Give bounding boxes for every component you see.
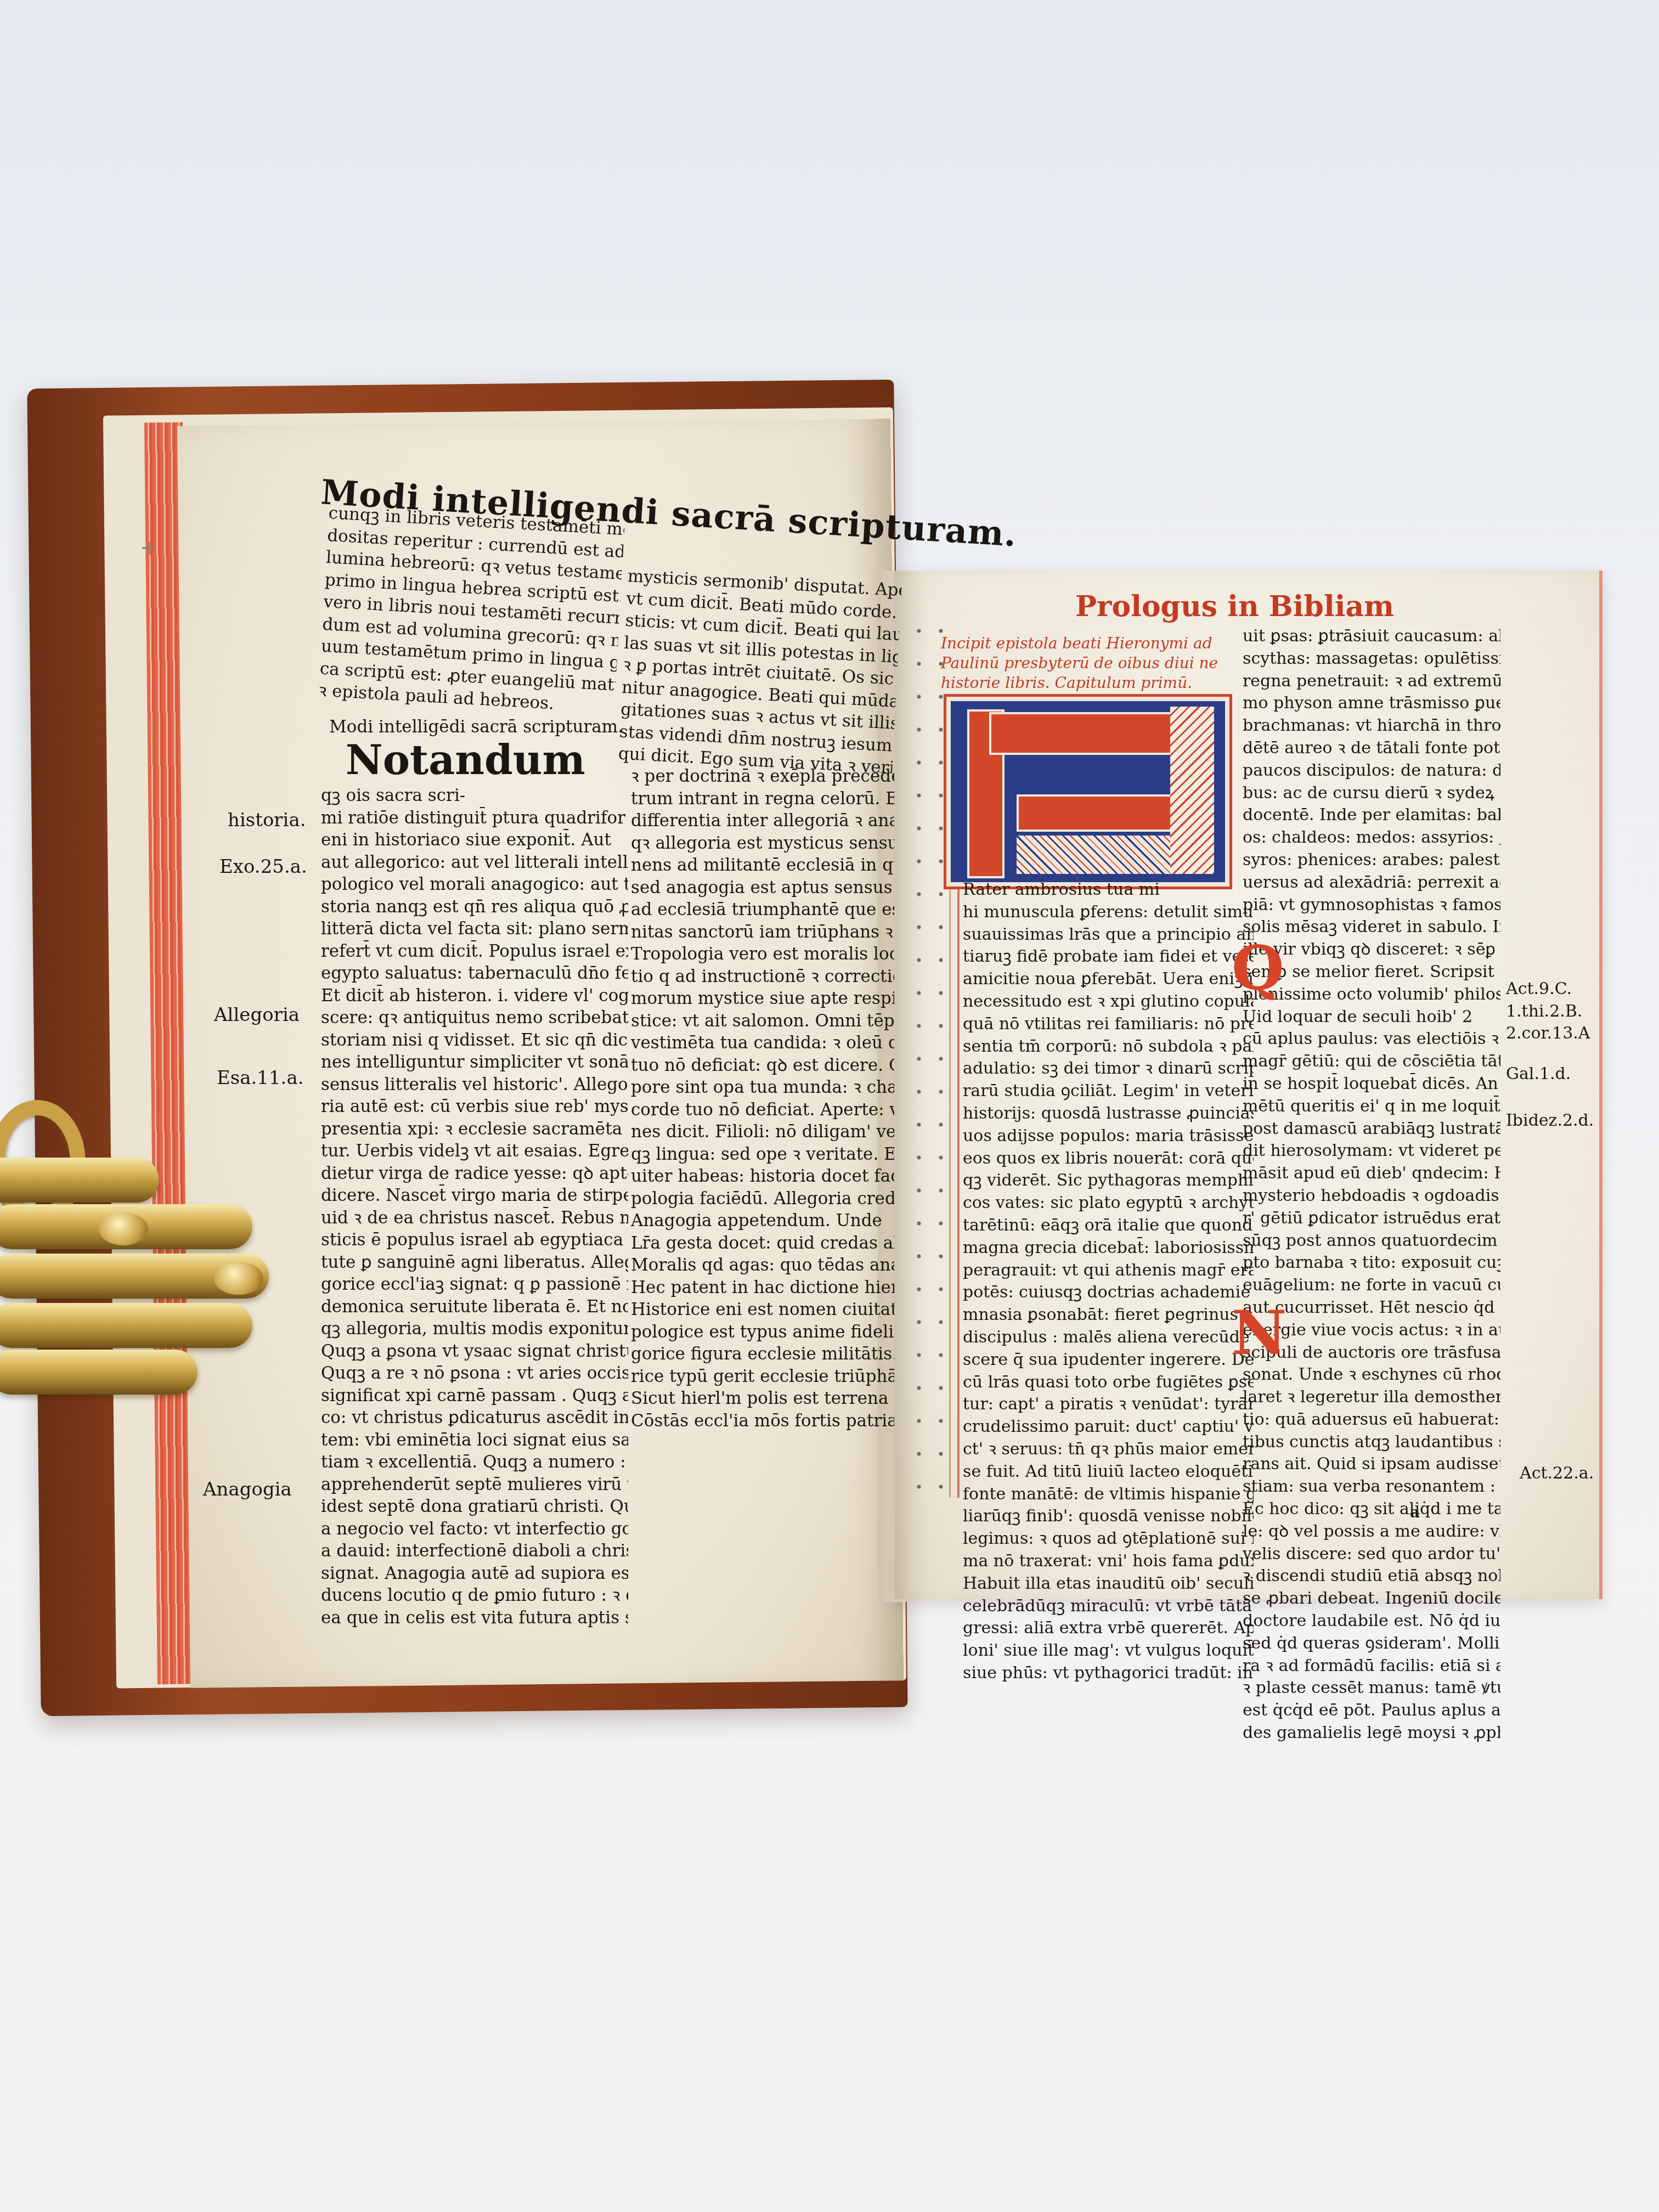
text-line: gorice eccl'iaꝫ signat: q ꝑ passionē xpi… xyxy=(321,1273,628,1296)
brass-finger xyxy=(0,1158,159,1203)
text-line: storia nanqꝫ est qn̄ res aliqua quō ꝓm xyxy=(321,896,628,918)
text-line: pto barnaba ꝛ tito: exposuit cuꝫ aplis xyxy=(1243,1252,1500,1274)
text-line: legimus: ꝛ quos ad ꝯtēplationē sui ro xyxy=(963,1528,1254,1550)
text-line: Lr̄a gesta docet: quid credas allegoria: xyxy=(631,1232,894,1255)
text-line: amicitie noua ꝑferebāt. Uera eniꝫ illa xyxy=(963,968,1254,991)
margin-ref-1-tim: 1.thi.2.B. xyxy=(1506,1002,1582,1021)
text-line: ꝛ plaste cessēt manus: tamē ꝟtute totū xyxy=(1243,1677,1500,1700)
text-line: brachmanas: vt hiarchā in throno se- xyxy=(1243,715,1500,737)
text-line: eni in historiaco siue exponit̄. Aut xyxy=(321,829,628,851)
text-line: qꝛ allegoria est mysticus sensus perti- xyxy=(631,832,894,855)
initial-bar xyxy=(989,712,1175,755)
text-line: aut allegorico: aut vel litterali intell… xyxy=(321,851,628,874)
text-line: nens ad militantē ecclesiā in qua sum': xyxy=(631,854,894,877)
text-line: tute ꝑ sanguinē agni liberatus. Allego xyxy=(321,1251,628,1274)
text-line: tio: quā aduersus eū habuerat: miran xyxy=(1243,1409,1500,1431)
text-line: magr̄ gētiū: qui de cōsciētia tāti xyxy=(1243,1051,1500,1073)
brass-finger xyxy=(0,1350,198,1395)
initial-filigree xyxy=(1017,836,1170,874)
text-line: Hec patent in hac dictione hierusalez. xyxy=(631,1277,894,1299)
text-line: os: chaldeos: medos: assyrios: ꝑthos : xyxy=(1243,827,1500,849)
text-line: tiaruꝫ fidē probate iam fidei et veteris xyxy=(963,946,1254,968)
brass-finger xyxy=(0,1303,252,1348)
text-line: mo physon amne trāsmisso ꝑuenit ad xyxy=(1243,692,1500,715)
text-line: qꝫ ois sacra scri- xyxy=(321,785,628,807)
text-line: potēs: cuiusqꝫ doctrias achademie gy- xyxy=(963,1282,1254,1304)
text-line: rans ait. Quid si ipsam audissetis be- xyxy=(1243,1453,1500,1476)
text-line: tuo nō deficiat: qꝺ est dicere. Omni tē- xyxy=(631,1054,894,1077)
text-line: des gamalielis legē moysi ꝛ ꝓphetas xyxy=(1243,1722,1500,1745)
text-line: tiam ꝛ excellentiā. Quqꝫ a numero : vt xyxy=(321,1451,628,1474)
text-line: docentē. Inde per elamitas: babyloni xyxy=(1243,804,1500,827)
text-line: qꝫ viderēt. Sic pythagoras memphiti xyxy=(963,1170,1254,1192)
brass-knuckle xyxy=(99,1212,148,1245)
text-line: necessitudo est ꝛ xpi glutino copulata xyxy=(963,991,1254,1013)
text-line: mnasia ꝑsonabāt: fieret ꝑegrinus atqꝫ xyxy=(963,1304,1254,1327)
text-line: tem: vbi eminētia loci signat eius sapiē xyxy=(321,1429,628,1452)
text-line: Et dicit̄ ab histeron. i. videre vl' cog… xyxy=(321,985,628,1007)
text-line: egypto saluatus: tabernaculū dn̄o fecit. xyxy=(321,962,628,985)
text-line: ma nō traxerat: vni' hois fama ꝑduxit xyxy=(963,1550,1254,1573)
text-line: Sicut hierl'm polis est terrena fidelis: xyxy=(631,1387,894,1410)
text-line: sticis ē populus israel ab egyptiaca ser xyxy=(321,1229,628,1251)
text-line: ria autē est: cū verbis siue reb' mystic… xyxy=(321,1096,628,1118)
margin-note-esaias: Esa.11.a. xyxy=(217,1067,304,1089)
text-line: cos vates: sic plato egyptū ꝛ archytam xyxy=(963,1192,1254,1215)
text-line: pore sint opa tua munda: ꝛ charitas de xyxy=(631,1076,894,1099)
text-line: māsit apud eū dieb' qndecim: Hoc.n. xyxy=(1243,1163,1500,1185)
prologue-title: Prologus in Bibliam xyxy=(1075,590,1394,623)
text-line: laret ꝛ legeretur illa demosthenis ora xyxy=(1243,1386,1500,1409)
text-line: storiam nisi q vidisset. Et sic qn̄ dict… xyxy=(321,1029,628,1052)
text-line: hi munuscula ꝑferens: detulit simul et xyxy=(963,901,1254,924)
text-line: pologico vel morali anagogico: aut tro- xyxy=(321,873,628,896)
margin-ref-acts-22: Act.22.a. xyxy=(1520,1464,1594,1483)
text-line: signat. Anagogia autē ad supiora est: xyxy=(321,1562,628,1585)
text-line: dicere. Nascet̄ virgo maria de stirpe da xyxy=(321,1184,628,1207)
text-line: siue phūs: vt pythagorici tradūt: intra xyxy=(963,1662,1254,1685)
text-line: nes dicit. Filioli: nō diligam' verbo ne xyxy=(631,1121,894,1143)
text-line: quā nō vtilitas rei familiaris: nō pre- xyxy=(963,1013,1254,1036)
text-line: sed q̇d queras ꝯsideram'. Mollis ce- xyxy=(1243,1633,1500,1655)
text-line: uos adijsse populos: maria trāsisse: vt xyxy=(963,1125,1254,1148)
text-line: Anagogia appetendum. Unde xyxy=(631,1210,894,1232)
text-line: idest septē dona gratiarū christi. Quqꝫ xyxy=(321,1496,628,1518)
text-line: qꝫ lingua: sed ope ꝛ veritate. Et vt bre… xyxy=(631,1143,894,1166)
text-line: demonica seruitute liberata ē. Et nota xyxy=(321,1296,628,1318)
text-line: discipulus : malēs aliena verecūde di- xyxy=(963,1327,1254,1349)
text-line: differentia inter allegoriā ꝛ anagogiā: xyxy=(631,810,894,832)
left-column-a-top: cunqꝫ in libris veteris testamēti men-do… xyxy=(318,502,625,718)
text-line: nes intelliguntur simpliciter vt sonāt: … xyxy=(321,1051,628,1074)
text-line: mi ratiōe distinguit̄ ptura quadrifor xyxy=(321,807,628,830)
pencil-mark: + xyxy=(140,535,159,560)
right-column-b: uit ꝑsas: ꝑtrāsiuit caucasum: albanos :s… xyxy=(1243,625,1500,1745)
text-line: cū lrās quasi toto orbe fugiētes ꝑseq- xyxy=(963,1372,1254,1394)
text-line: uit ꝑsas: ꝑtrāsiuit caucasum: albanos : xyxy=(1243,625,1500,648)
text-line: mētū queritis ei' q in me loquit̄ xps. xyxy=(1243,1096,1500,1118)
text-line: bus: ac de cursu dierū ꝛ sydeꝝ audiret xyxy=(1243,782,1500,805)
left-column-a-main: qꝫ ois sacra scri-mi ratiōe distinguit̄ … xyxy=(321,785,628,1629)
text-line: corde tuo nō deficiat. Aperte: vt iohan xyxy=(631,1099,894,1121)
text-line: celebrādūqꝫ miraculū: vt vrbē tātā in xyxy=(963,1595,1254,1618)
margin-ref-gal: Gal.1.d. xyxy=(1506,1064,1571,1084)
text-line: a negocio vel facto: vt interfectio goli… xyxy=(321,1518,628,1541)
text-line: significat xpi carnē passam . Quqꝫ a lo- xyxy=(321,1385,628,1407)
text-line: pologice est typus anime fidelis. Alle- xyxy=(631,1321,894,1344)
text-line: eos quos ex libris nouerāt: corā quo- xyxy=(963,1148,1254,1170)
text-line: uiter habeas: historia docet factū. Tro- xyxy=(631,1165,894,1188)
text-line: dētē aureo ꝛ de tātali fonte potātē: int xyxy=(1243,737,1500,760)
text-line: ct' ꝛ seruus: tn̄ qꝛ phūs maior emente xyxy=(963,1438,1254,1461)
text-line: se ꝓbari debeat. Ingeniū docile ꝛ sine xyxy=(1243,1588,1500,1610)
text-line: morum mystice siue apte respicit. My xyxy=(631,988,894,1010)
text-line: rice typū gerit ecclesie triūphātis. Uñ. xyxy=(631,1365,894,1388)
margin-note-exodus: Exo.25.a. xyxy=(219,856,307,878)
text-line: presentia xpi: ꝛ ecclesie sacramēta sign… xyxy=(321,1118,628,1141)
text-line: stiam: sua verba resonantem : 3 xyxy=(1243,1476,1500,1498)
text-line: ꝛ per doctrinā ꝛ exēpla precedentiū pa xyxy=(631,765,894,788)
text-line: Moralis qd agas: quo tēdas anagogia xyxy=(631,1254,894,1277)
text-line: peragrauit: vt qui athenis magr̄ erat ꝛ xyxy=(963,1260,1254,1282)
text-line: suauissimas lrās que a principio amici xyxy=(963,924,1254,946)
brass-knuckle xyxy=(214,1262,263,1295)
text-line: a dauid: interfectionē diaboli a christo xyxy=(321,1540,628,1562)
text-line: adulatio: sꝫ dei timor ꝛ dinarū scriptu xyxy=(963,1058,1254,1080)
red-initial-N: N xyxy=(1232,1297,1287,1368)
text-line: co: vt christus ꝑdicaturus ascēdit in mō xyxy=(321,1407,628,1429)
text-line: post damascū arabiāqꝫ lustratā : ascen xyxy=(1243,1118,1500,1141)
text-line: rarū studia ꝯciliāt. Legim' in veterib' xyxy=(963,1080,1254,1103)
text-line: dit hierosolymam: vt videret petrū: ꝛ xyxy=(1243,1140,1500,1163)
text-line: gorice figura ecclesie militātis. Anago xyxy=(631,1343,894,1365)
text-line: loni' siue ille mag': vt vulgus loquit̄ xyxy=(963,1640,1254,1662)
text-line: mysterio hebdoadis ꝛ ogdoadis: futu xyxy=(1243,1185,1500,1207)
left-column-b-top: mysticis sermonib' disputat. Apertis:vt … xyxy=(618,565,902,779)
text-line: scere: qꝛ antiquitus nemo scribebat hi- xyxy=(321,1007,628,1029)
text-line: scere q̄ sua ipudenter ingerere. Deniqꝫ xyxy=(963,1349,1254,1372)
text-line: crudelissimo paruit: duct' captiu' vin xyxy=(963,1416,1254,1438)
text-line: sed anagogia est aptus sensus pertinēs xyxy=(631,877,894,899)
text-line: le: qꝺ vel possis a me audire: vl' xyxy=(1243,1521,1500,1543)
text-line: historijs: quosdā lustrasse ꝓuincias: no xyxy=(963,1103,1254,1125)
text-line: liarūqꝫ finib': quosdā venisse nobiles xyxy=(963,1505,1254,1528)
initial-border-scroll xyxy=(1170,707,1214,874)
left-column-b-main: ꝛ per doctrinā ꝛ exēpla precedentiū patr… xyxy=(631,765,894,1432)
text-line: qꝫ allegoria, multis modis exponitur. xyxy=(321,1318,628,1340)
text-line: regna penetrauit: ꝛ ad extremū latissi xyxy=(1243,670,1500,693)
rubric-frame-line xyxy=(957,883,960,1498)
text-line: piā: vt gymnosophistas ꝛ famosissimā xyxy=(1243,894,1500,917)
rubric-frame-line xyxy=(949,883,951,1498)
text-line: Tropologia vero est moralis locu- xyxy=(631,943,894,966)
text-line: tibus cunctis atqꝫ laudantibus suspi- xyxy=(1243,1431,1500,1454)
text-line: ra ꝛ ad formādū facilis: etiā si artific… xyxy=(1243,1655,1500,1678)
margin-ref-acts-9: Act.9.C. xyxy=(1506,979,1572,998)
incipit-rubric: Incipit epistola beati Hieronymi ad Paul… xyxy=(941,634,1232,693)
text-line: apprehenderūt septē mulieres virū vnū xyxy=(321,1474,628,1496)
text-line: litterā dicta vel facta sit: plano sermo… xyxy=(321,918,628,940)
text-line: Quqꝫ a re ꝛ nō ꝑsona : vt aries occisus xyxy=(321,1362,628,1385)
text-line: ea que in celis est vita futura aptis si… xyxy=(321,1607,628,1629)
text-line: refert̄ vt cum dicit̄. Populus israel ex xyxy=(321,940,628,963)
text-line: cū aplus paulus: vas electiōis ꝛ xyxy=(1243,1028,1500,1051)
subheading-text: Modi intelligēdi sacrā scripturam. xyxy=(329,716,625,738)
text-line: Uid loquar de seculi hoib' 2 xyxy=(1243,1006,1500,1029)
text-line: euāgelium: ne forte in vacuū curreret xyxy=(1243,1274,1500,1297)
text-line: uid ꝛ de ea christus nascet̄. Rebus my xyxy=(321,1207,628,1229)
text-line: nitas sanctorū iam triūphans ꝛ regnās. xyxy=(631,921,894,944)
red-initial-Q: Q xyxy=(1232,933,1284,1003)
margin-ref-ibidem: Ibidez.2.d. xyxy=(1506,1111,1594,1130)
text-line: se fuit. Ad titū liuiū lacteo eloquētie xyxy=(963,1461,1254,1483)
margin-note-allegoria: Allegoria xyxy=(214,1004,300,1026)
text-line: Historice eni est nomen ciuitatis. Tro- xyxy=(631,1299,894,1321)
text-line: Ec hoc dico: qꝫ sit aliq̇d i me ta- xyxy=(1243,1498,1500,1521)
text-line: syros: phenices: arabes: palestinos: re- xyxy=(1243,849,1500,872)
margin-ref-2-cor: 2.cor.13.A xyxy=(1506,1024,1590,1043)
text-line: ad ecclesiā triumphantē que est cōmu- xyxy=(631,899,894,921)
text-line: sentia tm̄ corporū: nō subdola ꝛ palpās xyxy=(963,1036,1254,1058)
text-line: tarētinū: eāqꝫ orā italie que quondaꝫ xyxy=(963,1215,1254,1237)
left-subheading: Modi intelligēdi sacrā scripturam. Notan… xyxy=(329,716,625,782)
right-column-a: Rater ambrosius tua mihi munuscula ꝑfere… xyxy=(963,879,1254,1685)
text-line: sūqꝫ post annos quatuordecim assum xyxy=(1243,1230,1500,1252)
notandum-initial-word: Notandum xyxy=(346,738,585,782)
text-line: r' gētiū ꝑdicator istruēdus erat. Rur- xyxy=(1243,1207,1500,1230)
text-line: paucos discipulos: de natura: de mori xyxy=(1243,760,1500,782)
text-line: dietur virga de radice yesse: qꝺ apte es… xyxy=(321,1163,628,1185)
text-line: uersus ad alexādriā: perrexit ad ethio xyxy=(1243,872,1500,894)
text-line: est q̇cq̇d eē pōt. Paulus aplus ad pe- xyxy=(1243,1700,1500,1722)
text-line: sensus litteralis vel historic'. Allego xyxy=(321,1074,628,1096)
margin-note-historia: historia. xyxy=(228,809,306,831)
text-line: tur. Uerbis videlꝫ vt ait esaias. Egre- xyxy=(321,1140,628,1163)
text-line: doctore laudabile est. Nō q̇d iuenias xyxy=(1243,1610,1500,1633)
text-line: tio q ad instructionē ꝛ correctionē ani- xyxy=(631,966,894,988)
text-line: Quqꝫ a ꝑsona vt ysaac signat christuꝫ. xyxy=(321,1340,628,1363)
text-line: trum intrant in regna celorū. Et sic est xyxy=(631,788,894,810)
text-line: tur: capt' a piratis ꝛ venūdat': tyrāno xyxy=(963,1393,1254,1416)
text-line: stice: vt ait salomon. Omni tēpore sint xyxy=(631,1010,894,1032)
text-line: gressi: aliā extra vrbē quererēt. Apol xyxy=(963,1617,1254,1640)
signature-mark: a xyxy=(1410,1503,1420,1521)
initial-bar xyxy=(1017,794,1191,832)
text-line: ꝛ discendi studiū etiā absqꝫ nobis per xyxy=(1243,1565,1500,1588)
text-line: Habuit illa etas inauditū oib' seculis xyxy=(963,1573,1254,1595)
text-line: fonte manātē: de vltimis hispanie gal xyxy=(963,1483,1254,1506)
text-line: ducens locutio q de ꝑmio futuro : ꝛ de xyxy=(321,1584,628,1607)
text-line: vestimēta tua candida: ꝛ oleū de capite xyxy=(631,1032,894,1054)
text-line: pologia faciēdū. Allegoria credendū. xyxy=(631,1188,894,1210)
margin-note-anagogia: Anagogia xyxy=(203,1479,292,1500)
text-line: Rater ambrosius tua mi xyxy=(963,879,1254,901)
marginal-penwork-dots xyxy=(908,614,952,1492)
text-line: Cōstās eccl'ia mōs fortis patria sūma. xyxy=(631,1410,894,1432)
text-line: magna grecia dicebat̄: laboriosissime xyxy=(963,1237,1254,1260)
text-line: in se hospit̄ loquebat̄ dicēs. An exꝑi- xyxy=(1243,1073,1500,1096)
text-line: scythas: massagetas: opulētissima idie xyxy=(1243,648,1500,670)
illuminated-initial-F xyxy=(946,697,1229,887)
text-line: velis discere: sed quo ardor tu' xyxy=(1243,1543,1500,1566)
